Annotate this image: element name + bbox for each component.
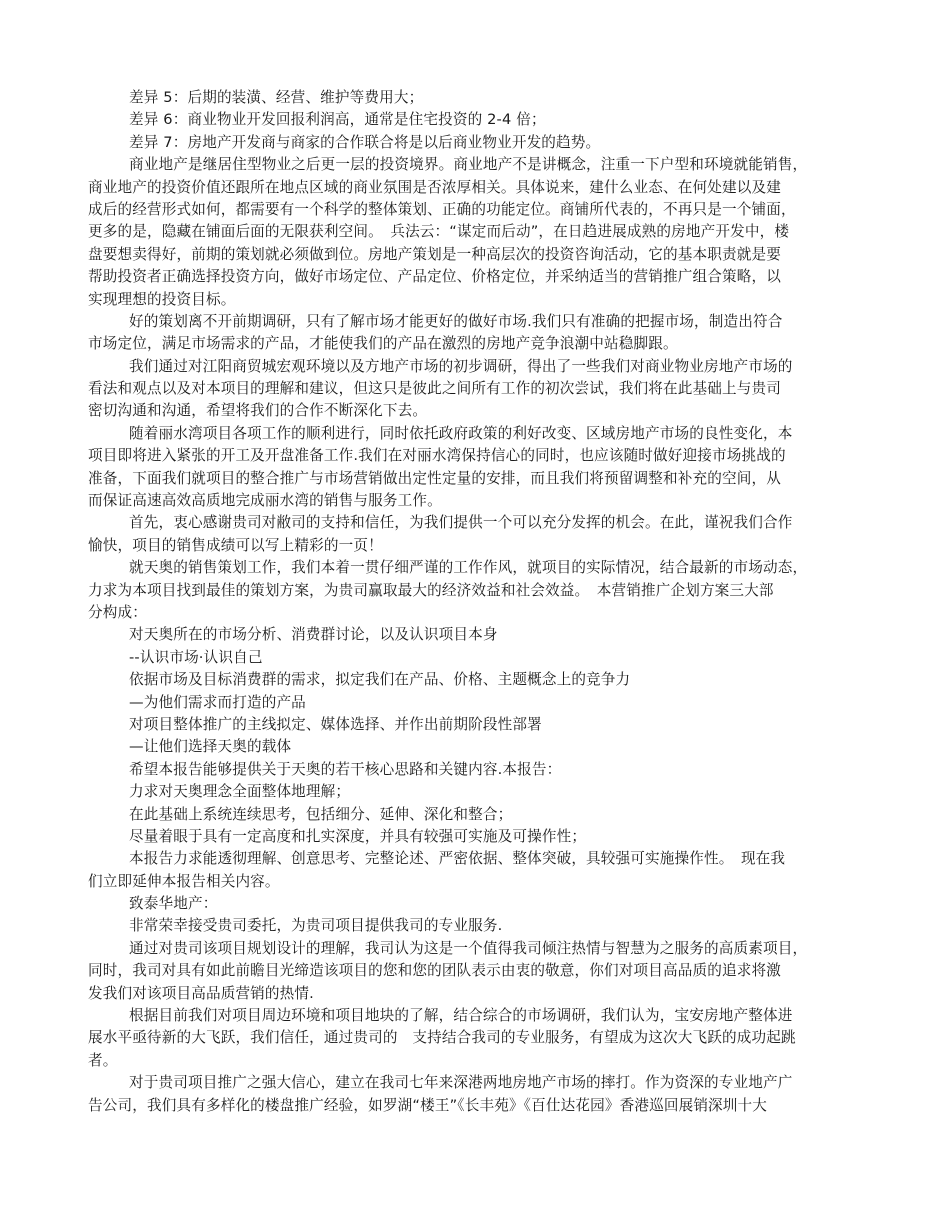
text-line: 实现理想的投资目标。 — [88, 289, 878, 311]
text-line: 而保证高速高效高质地完成丽水湾的销售与服务工作。 — [88, 490, 878, 512]
text-line: 盘要想卖得好，前期的策划就必须做到位。房地产策划是一种高层次的投资咨询活动，它的… — [88, 244, 878, 266]
text-line: 差异 6：商业物业开发回报利润高，通常是住宅投资的 2-4 倍； — [88, 109, 878, 131]
text-line: 商业地产是继居住型物业之后更一层的投资境界。商业地产不是讲概念，注重一下户型和环… — [88, 154, 878, 176]
text-line: 我们通过对江阳商贸城宏观环境以及方地产市场的初步调研，得出了一些我们对商业物业房… — [88, 356, 878, 378]
text-line: 项目即将进入紧张的开工及开盘准备工作.我们在对丽水湾保持信心的同时，也应该随时做… — [88, 445, 878, 467]
text-line: 力求对天奥理念全面整体地理解； — [88, 781, 878, 803]
text-line: 展水平亟待新的大飞跃，我们信任，通过贵司的 支持结合我司的专业服务，有望成为这次… — [88, 1027, 878, 1049]
text-line: 致泰华地产： — [88, 893, 878, 915]
text-line: 尽量着眼于具有一定高度和扎实深度，并具有较强可实施及可操作性； — [88, 826, 878, 848]
text-line: 在此基础上系统连续思考，包括细分、延伸、深化和整合； — [88, 804, 878, 826]
text-line: 对于贵司项目推广之强大信心，建立在我司七年来深港两地房地产市场的摔打。作为资深的… — [88, 1072, 878, 1094]
text-line: 就天奥的销售策划工作，我们本着一贯仔细严谨的工作作风，就项目的实际情况，结合最新… — [88, 557, 878, 579]
text-line: 好的策划离不开前期调研，只有了解市场才能更好的做好市场.我们只有准确的把握市场，… — [88, 311, 878, 333]
text-line: 依据市场及目标消费群的需求，拟定我们在产品、价格、主题概念上的竞争力 — [88, 669, 878, 691]
text-line: 差异 5：后期的装潢、经营、维护等费用大； — [88, 87, 878, 109]
text-line: 者。 — [88, 1050, 878, 1072]
text-line: 根据目前我们对项目周边环境和项目地块的了解，结合综合的市场调研，我们认为，宝安房… — [88, 1005, 878, 1027]
text-line: 发我们对该项目高品质营销的热情. — [88, 983, 878, 1005]
document-body: 差异 5：后期的装潢、经营、维护等费用大；差异 6：商业物业开发回报利润高，通常… — [88, 87, 878, 1117]
text-line: 同时，我司对具有如此前瞻目光缔造该项目的您和您的团队表示由衷的敬意，你们对项目高… — [88, 960, 878, 982]
text-line: 对天奥所在的市场分析、消费群讨论，以及认识项目本身 — [88, 624, 878, 646]
text-line: —为他们需求而打造的产品 — [88, 692, 878, 714]
text-line: 市场定位，满足市场需求的产品，才能使我们的产品在激烈的房地产竞争浪潮中站稳脚跟。 — [88, 333, 878, 355]
text-line: 看法和观点以及对本项目的理解和建议，但这只是彼此之间所有工作的初次尝试，我们将在… — [88, 378, 878, 400]
text-line: 差异 7：房地产开发商与商家的合作联合将是以后商业物业开发的趋势。 — [88, 132, 878, 154]
text-line: 通过对贵司该项目规划设计的理解，我司认为这是一个值得我司倾注热情与智慧为之服务的… — [88, 938, 878, 960]
text-line: 商业地产的投资价值还跟所在地点区域的商业氛围是否浓厚相关。具体说来，建什么业态、… — [88, 177, 878, 199]
text-line: 本报告力求能透彻理解、创意思考、完整论述、严密依据、整体突破，具较强可实施操作性… — [88, 848, 878, 870]
text-line: 对项目整体推广的主线拟定、媒体选择、并作出前期阶段性部署 — [88, 714, 878, 736]
document-page: 差异 5：后期的装潢、经营、维护等费用大；差异 6：商业物业开发回报利润高，通常… — [0, 0, 950, 1230]
text-line: 分构成： — [88, 602, 878, 624]
text-line: 帮助投资者正确选择投资方向，做好市场定位、产品定位、价格定位，并采纳适当的营销推… — [88, 266, 878, 288]
text-line: —让他们选择天奥的载体 — [88, 736, 878, 758]
text-line: 成后的经营形式如何，都需要有一个科学的整体策划、正确的功能定位。商铺所代表的，不… — [88, 199, 878, 221]
text-line: --认识市场·认识自己 — [88, 647, 878, 669]
text-line: 们立即延伸本报告相关内容。 — [88, 871, 878, 893]
text-line: 愉快，项目的销售成绩可以写上精彩的一页！ — [88, 535, 878, 557]
text-line: 准备，下面我们就项目的整合推广与市场营销做出定性定量的安排，而且我们将预留调整和… — [88, 468, 878, 490]
text-line: 随着丽水湾项目各项工作的顺利进行，同时依托政府政策的利好改变、区域房地产市场的良… — [88, 423, 878, 445]
text-line: 力求为本项目找到最佳的策划方案，为贵司赢取最大的经济效益和社会效益。 本营销推广… — [88, 580, 878, 602]
text-line: 告公司，我们具有多样化的楼盘推广经验，如罗湖“楼王”《长丰苑》《百仕达花园》香港… — [88, 1095, 878, 1117]
text-line: 非常荣幸接受贵司委托，为贵司项目提供我司的专业服务. — [88, 915, 878, 937]
text-line: 密切沟通和沟通，希望将我们的合作不断深化下去。 — [88, 400, 878, 422]
text-line: 更多的是，隐藏在铺面后面的无限获利空间。 兵法云：“谋定而后动”，在日趋进展成熟… — [88, 221, 878, 243]
text-line: 首先，衷心感谢贵司对敝司的支持和信任，为我们提供一个可以充分发挥的机会。在此，谨… — [88, 512, 878, 534]
text-line: 希望本报告能够提供关于天奥的若干核心思路和关键内容.本报告： — [88, 759, 878, 781]
